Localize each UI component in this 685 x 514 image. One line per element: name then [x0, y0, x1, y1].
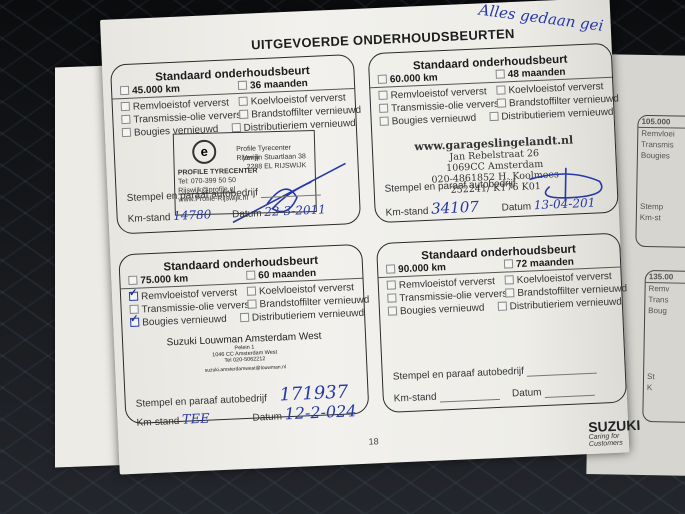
km-label: Km-stand	[385, 206, 428, 219]
checkbox[interactable]	[239, 110, 248, 119]
next-service-box-1: 105.000 Remvloei Transmis Bougies Stemp …	[635, 115, 685, 248]
checkbox[interactable]	[128, 276, 137, 285]
checkbox[interactable]	[388, 306, 397, 315]
page-number: 18	[368, 436, 378, 446]
checkbox[interactable]	[504, 259, 513, 268]
checkbox[interactable]	[238, 97, 247, 106]
km-interval: 60.000 km	[390, 72, 438, 85]
date-label: Datum	[232, 208, 262, 220]
checkbox-checked[interactable]	[130, 318, 139, 327]
stamp-field: Stempel en paraaf autobedrijf	[393, 363, 597, 383]
check-label: Distributieriem vernieuwd	[501, 107, 614, 123]
km-label: Km-stand	[127, 212, 170, 225]
checkbox[interactable]	[121, 115, 130, 124]
km-interval: 45.000 km	[132, 84, 180, 97]
months: 36 maanden	[250, 78, 308, 92]
km-value: 34107	[431, 198, 479, 218]
check-label: Bougies vernieuwd	[391, 113, 476, 128]
date-label: Datum	[501, 201, 531, 213]
km-label: K	[644, 382, 685, 394]
km-label: Km-stand	[136, 416, 179, 429]
checkbox[interactable]	[379, 117, 388, 126]
stamp-label: Stempel en paraaf autobedrijf	[393, 366, 525, 383]
checkbox[interactable]	[121, 102, 130, 111]
service-box-75000: Standaard onderhoudsbeurt 75.000 km 60 m…	[118, 244, 369, 424]
service-box-60000: Standaard onderhoudsbeurt 60.000 km 48 m…	[368, 43, 619, 223]
months: 72 maanden	[516, 257, 574, 271]
checkbox[interactable]	[378, 75, 387, 84]
km-interval: 75.000 km	[140, 273, 188, 286]
checkbox[interactable]	[240, 313, 249, 322]
checkbox-checked[interactable]	[129, 292, 138, 301]
handwritten-initials: TEE	[182, 412, 210, 428]
checkbox[interactable]	[497, 98, 506, 107]
date-value: 13-04-201	[534, 196, 596, 213]
next-service-box-2: 135.00 Remv Trans Boug St K	[642, 270, 685, 423]
checkbox[interactable]	[489, 112, 498, 121]
km-date-field: Km-stand Datum	[394, 385, 595, 405]
km-interval: 90.000 km	[398, 262, 446, 275]
service-box-45000: Standaard onderhoudsbeurt 45.000 km 36 m…	[110, 54, 361, 234]
checkbox[interactable]	[386, 264, 395, 273]
months: 48 maanden	[508, 67, 566, 81]
brand-tagline: Caring for Customers	[589, 432, 630, 448]
check-label: Distributieriem vernieuwd	[509, 297, 622, 313]
check-item: Bougies	[638, 150, 685, 162]
km-value: 14780	[173, 207, 212, 223]
checkbox[interactable]	[505, 275, 514, 284]
checkbox[interactable]	[387, 280, 396, 289]
date-value: 22-3-2011	[264, 202, 326, 219]
checkbox[interactable]	[238, 81, 247, 90]
checkbox[interactable]	[379, 104, 388, 113]
booklet-page: UITGEVOERDE ONDERHOUDSBEURTEN Alles geda…	[100, 0, 629, 475]
checkbox[interactable]	[247, 299, 256, 308]
months: 60 maanden	[258, 268, 316, 282]
check-label: Bougies vernieuwd	[400, 303, 485, 318]
service-box-90000: Standaard onderhoudsbeurt 90.000 km 72 m…	[376, 233, 627, 413]
checkbox[interactable]	[496, 69, 505, 78]
checkbox[interactable]	[497, 302, 506, 311]
checkbox[interactable]	[496, 85, 505, 94]
date-label: Datum	[252, 411, 282, 423]
checkbox[interactable]	[122, 128, 131, 137]
km-label: Km-stand	[394, 392, 437, 405]
check-item: Boug	[645, 305, 685, 317]
checkbox[interactable]	[387, 293, 396, 302]
dealer-stamp: Suzuki Louwman Amsterdam West Pelein 1 1…	[123, 329, 366, 378]
checkbox[interactable]	[378, 91, 387, 100]
checkbox[interactable]	[246, 270, 255, 279]
check-label: Bougies vernieuwd	[142, 314, 227, 329]
date-value: 12-2-024	[284, 401, 357, 423]
km-label: Km-st	[637, 212, 685, 224]
checkbox[interactable]	[505, 288, 514, 297]
check-label: Distributieriem vernieuwd	[252, 308, 365, 324]
checkbox[interactable]	[120, 86, 129, 95]
date-label: Datum	[512, 387, 542, 399]
profile-logo-icon: e	[192, 140, 217, 165]
checkbox[interactable]	[247, 286, 256, 295]
